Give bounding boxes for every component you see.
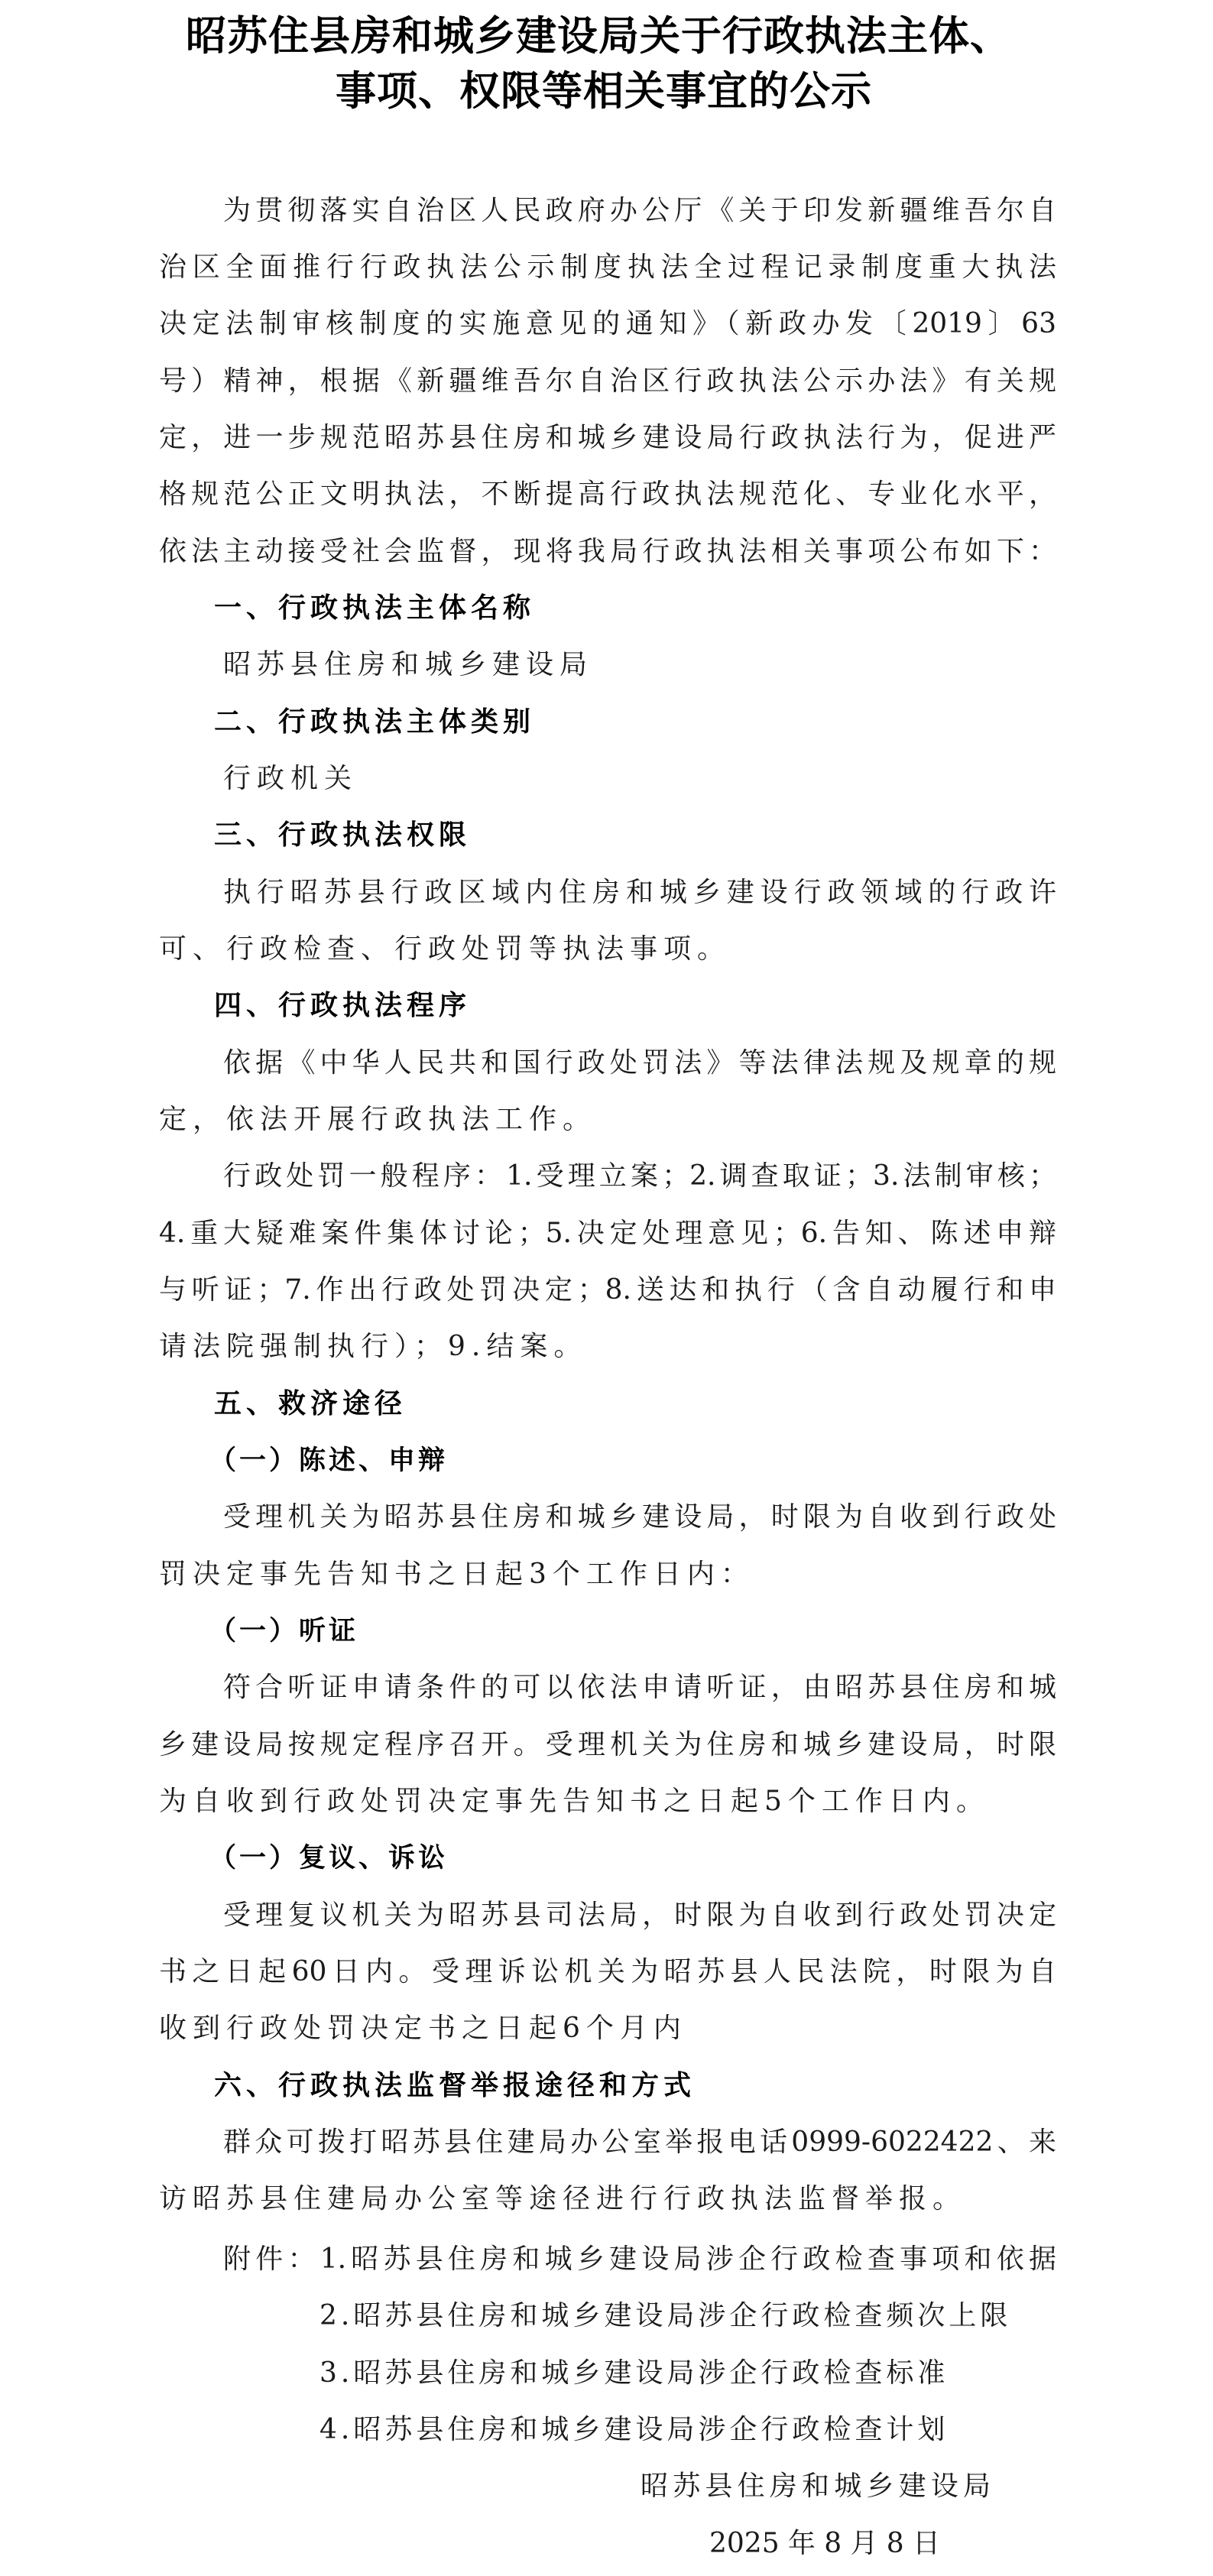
intro-line: 号）精神，根据《新疆维吾尔自治区行政执法公示办法》有关规: [159, 353, 1056, 410]
subsection-text: 书之日起60日内。受理诉讼机关为昭苏县人民法院，时限为自: [159, 1944, 1056, 2000]
section-6-text: 访昭苏县住建局办公室等途径进行行政执法监督举报。: [159, 2171, 966, 2227]
intro-line: 依法主动接受社会监督，现将我局行政执法相关事项公布如下：: [159, 524, 1056, 580]
signature-organization: 昭苏县住房和城乡建设局: [641, 2458, 991, 2515]
intro-line: 格规范公正文明执法，不断提高行政执法规范化、专业化水平，: [159, 466, 1056, 523]
document-page: 昭苏住县房和城乡建设局关于行政执法主体、 事项、权限等相关事宜的公示 为贯彻落实…: [0, 0, 1213, 2576]
section-heading-5: 五、救济途径: [214, 1376, 407, 1432]
intro-line: 治区全面推行行政执法公示制度执法全过程记录制度重大执法: [159, 239, 1056, 296]
subsection-text: 符合听证申请条件的可以依法申请听证，由昭苏县住房和城: [223, 1659, 1056, 1716]
attachment-item-text: 1.昭苏县住房和城乡建设局涉企行政检查事项和依据: [320, 2243, 1056, 2275]
section-heading-3: 三、行政执法权限: [214, 807, 471, 864]
subsection-text: 受理机关为昭苏县住房和城乡建设局，时限为自收到行政处: [223, 1489, 1056, 1546]
section-4-text: 行政处罚一般程序：1.受理立案；2.调查取证；3.法制审核；: [223, 1148, 1056, 1205]
attachment-label: 附件：: [223, 2243, 320, 2275]
section-4-text: 定，依法开展行政执法工作。: [159, 1092, 596, 1148]
attachment-item-3: 3.昭苏县住房和城乡建设局涉企行政检查标准: [319, 2345, 949, 2402]
subsection-text: 乡建设局按规定程序召开。受理机关为住房和城乡建设局，时限: [159, 1717, 1056, 1773]
section-1-text: 昭苏县住房和城乡建设局: [223, 637, 593, 693]
section-3-text: 可、行政检查、行政处罚等执法事项。: [159, 921, 731, 978]
subsection-heading-review-litigation: （一）复议、诉讼: [209, 1830, 448, 1887]
section-4-text: 依据《中华人民共和国行政处罚法》等法律法规及规章的规: [223, 1035, 1056, 1092]
subsection-heading-hearing: （一）听证: [209, 1603, 358, 1659]
section-heading-1: 一、行政执法主体名称: [214, 580, 535, 637]
section-4-text: 请法院强制执行）；9.结案。: [159, 1319, 587, 1375]
section-3-text: 执行昭苏县行政区域内住房和城乡建设行政领域的行政许: [223, 865, 1056, 921]
section-6-text: 群众可拨打昭苏县住建局办公室举报电话0999-6022422、来: [223, 2114, 1056, 2171]
intro-line: 为贯彻落实自治区人民政府办公厅《关于印发新疆维吾尔自: [223, 183, 1056, 239]
subsection-heading-statement: （一）陈述、申辩: [209, 1432, 448, 1489]
document-title-line-1: 昭苏住县房和城乡建设局关于行政执法主体、: [0, 8, 1197, 63]
attachment-item-1: 附件：1.昭苏县住房和城乡建设局涉企行政检查事项和依据: [223, 2231, 1056, 2288]
section-heading-6: 六、行政执法监督举报途径和方式: [214, 2058, 696, 2114]
intro-line: 定，进一步规范昭苏县住房和城乡建设局行政执法行为，促进严: [159, 410, 1056, 466]
attachment-item-2: 2.昭苏县住房和城乡建设局涉企行政检查频次上限: [319, 2288, 1011, 2344]
signature-date: 2025年8月8日: [709, 2516, 940, 2572]
subsection-text: 罚决定事先告知书之日起3个工作日内：: [159, 1546, 754, 1603]
subsection-text: 受理复议机关为昭苏县司法局，时限为自收到行政处罚决定: [223, 1887, 1056, 1944]
section-4-text: 与听证；7.作出行政处罚决定；8.送达和执行（含自动履行和申: [159, 1262, 1056, 1319]
section-heading-4: 四、行政执法程序: [214, 978, 471, 1034]
subsection-text: 为自收到行政处罚决定事先告知书之日起5个工作日内。: [159, 1773, 990, 1830]
section-2-text: 行政机关: [223, 751, 358, 807]
subsection-text: 收到行政处罚决定书之日起6个月内: [159, 2000, 687, 2057]
section-4-text: 4.重大疑难案件集体讨论；5.决定处理意见；6.告知、陈述申辩: [159, 1205, 1056, 1262]
section-heading-2: 二、行政执法主体类别: [214, 694, 535, 751]
document-title-line-2: 事项、权限等相关事宜的公示: [0, 63, 1208, 118]
attachment-item-4: 4.昭苏县住房和城乡建设局涉企行政检查计划: [319, 2402, 949, 2458]
intro-line: 决定法制审核制度的实施意见的通知》（新政办发〔2019〕63: [159, 296, 1056, 352]
